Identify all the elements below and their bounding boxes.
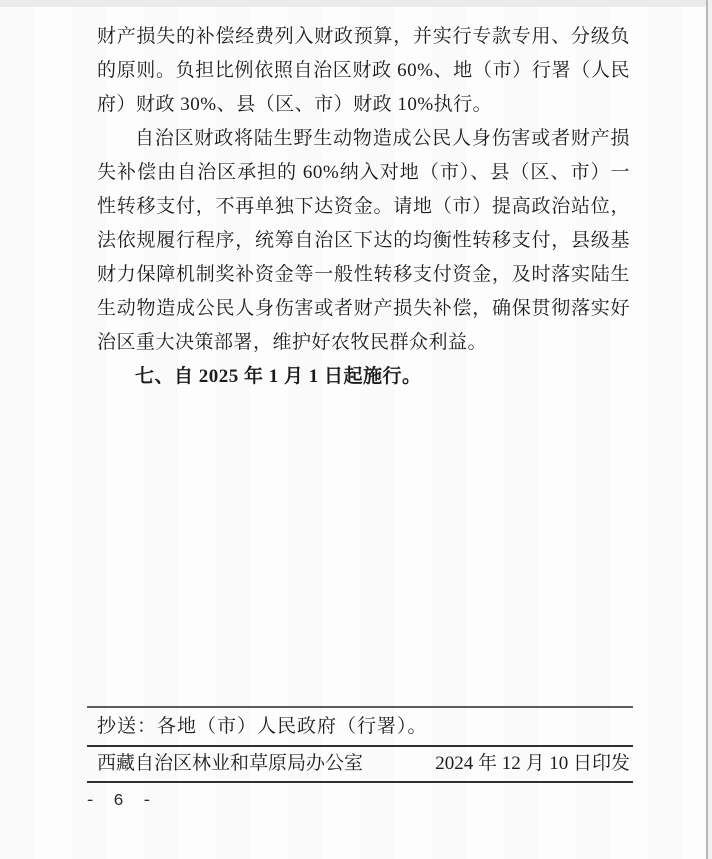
page-number: - 6 -	[85, 789, 156, 815]
body-text-line: 生动物造成公民人身伤害或者财产损失补偿，确保贯彻落实好自	[97, 292, 630, 326]
carbon-copy-line: 抄送：各地（市）人民政府（行署）。	[97, 708, 630, 745]
body-text-line: 治区重大决策部署，维护好农牧民群众利益。	[97, 326, 630, 360]
scan-artifact-right-strip	[708, 0, 712, 859]
body-text-line: 财产损失的补偿经费列入财政预算，并实行专款专用、分级负担	[97, 20, 630, 54]
body-text-line: 财力保障机制奖补资金等一般性转移支付资金，及时落实陆生野	[97, 258, 630, 292]
body-text-line: 府）财政 30%、县（区、市）财政 10%执行。	[97, 88, 630, 122]
effective-date-line: 七、自 2025 年 1 月 1 日起施行。	[97, 360, 630, 394]
issuing-office: 西藏自治区林业和草原局办公室	[97, 747, 363, 781]
scan-artifact-right-edge-line	[706, 0, 708, 859]
issuer-line: 西藏自治区林业和草原局办公室 2024 年 12 月 10 日印发	[97, 747, 630, 781]
scan-artifact-top-edge	[0, 0, 712, 7]
body-text-line: 失补偿由自治区承担的 60%纳入对地（市）、县（区、市）一般	[97, 156, 630, 190]
body-text-line: 法依规履行程序，统筹自治区下达的均衡性转移支付，县级基本	[97, 224, 630, 258]
body-text-line: 性转移支付，不再单独下达资金。请地（市）提高政治站位，依	[97, 190, 630, 224]
body-text-line: 自治区财政将陆生野生动物造成公民人身伤害或者财产损	[97, 122, 630, 156]
footer-rule-bottom	[87, 781, 633, 783]
print-date: 2024 年 12 月 10 日印发	[435, 747, 630, 781]
body-text-line: 的原则。负担比例依照自治区财政 60%、地（市）行署（人民政	[97, 54, 630, 88]
document-page: 财产损失的补偿经费列入财政预算，并实行专款专用、分级负担 的原则。负担比例依照自…	[0, 0, 712, 859]
document-body: 财产损失的补偿经费列入财政预算，并实行专款专用、分级负担 的原则。负担比例依照自…	[97, 20, 630, 394]
